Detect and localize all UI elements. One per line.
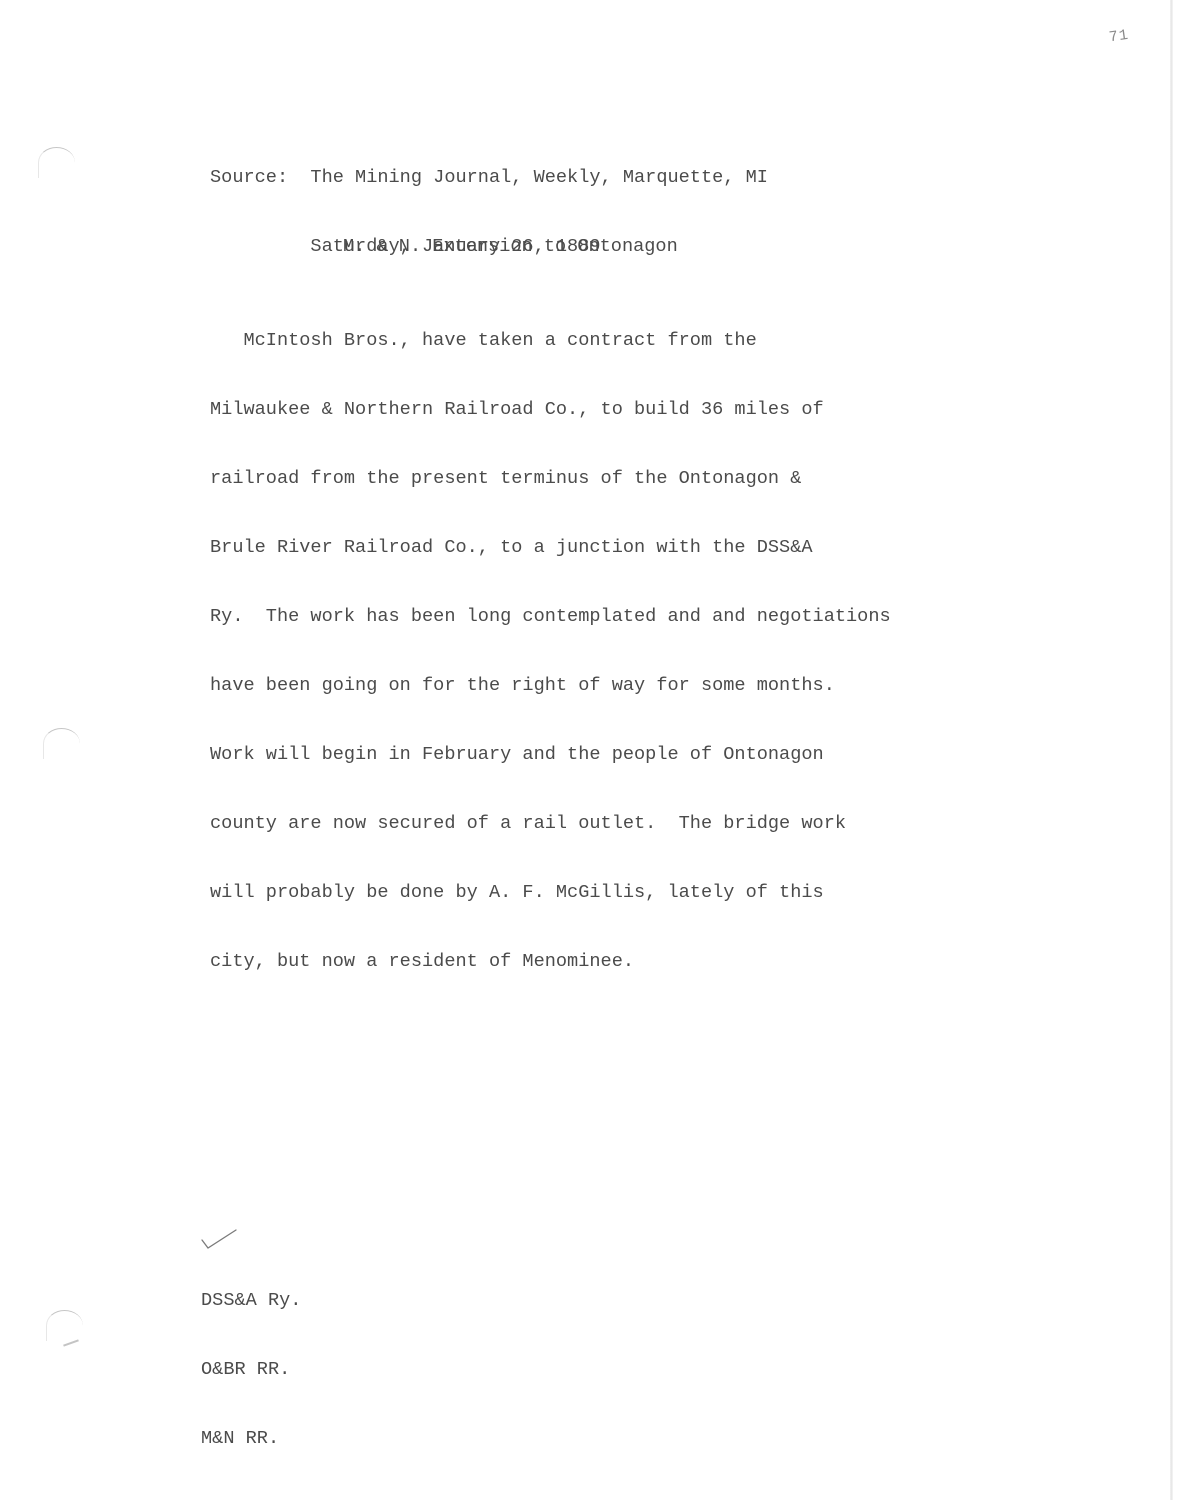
article-body: McIntosh Bros., have taken a contract fr… — [210, 283, 891, 1019]
body-line: will probably be done by A. F. McGillis,… — [210, 881, 891, 904]
body-line: Ry. The work has been long contemplated … — [210, 605, 891, 628]
document-page: 71 Source: The Mining Journal, Weekly, M… — [0, 0, 1193, 1500]
body-line: Work will begin in February and the peop… — [210, 743, 891, 766]
index-tag-dssa: DSS&A Ry. — [201, 1289, 301, 1312]
index-tag-obr: O&BR RR. — [201, 1358, 301, 1381]
index-tag-mn: M&N RR. — [201, 1427, 301, 1450]
body-line: railroad from the present terminus of th… — [210, 467, 891, 490]
source-citation: Source: The Mining Journal, Weekly, Marq… — [210, 120, 768, 304]
source-line-publication: Source: The Mining Journal, Weekly, Marq… — [210, 166, 768, 189]
body-line: Milwaukee & Northern Railroad Co., to bu… — [210, 398, 891, 421]
punch-hole-mark-middle — [43, 728, 80, 759]
body-line: city, but now a resident of Menominee. — [210, 950, 891, 973]
punch-hole-mark-bottom — [46, 1310, 83, 1341]
page-edge-shadow — [1170, 0, 1173, 1500]
body-line: have been going on for the right of way … — [210, 674, 891, 697]
body-line: Brule River Railroad Co., to a junction … — [210, 536, 891, 559]
body-line: McIntosh Bros., have taken a contract fr… — [210, 329, 891, 352]
handwritten-page-number: 71 — [1108, 27, 1130, 47]
body-line: county are now secured of a rail outlet.… — [210, 812, 891, 835]
index-tags: DSS&A Ry. O&BR RR. M&N RR. — [201, 1243, 301, 1496]
punch-hole-mark-top — [38, 147, 75, 178]
article-title: M. & N. Extension to Ontonagon — [343, 235, 678, 258]
